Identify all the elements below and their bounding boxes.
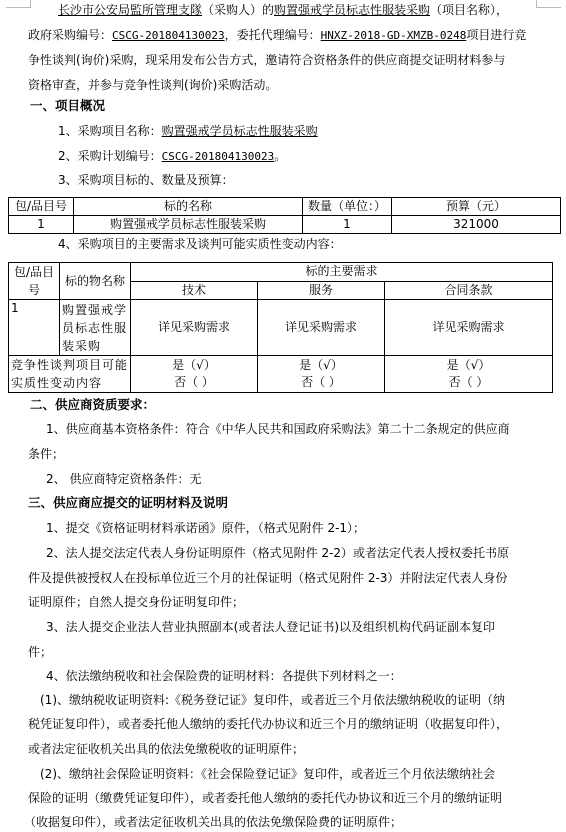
cell-contract-change: 是（√）否（ ） xyxy=(385,356,553,393)
intro-line-2: 政府采购编号：CSCG-201804130023，委托代理编号：HNXZ-201… xyxy=(28,27,526,44)
yes-checked: 是（√） xyxy=(260,357,382,374)
section-3-line: 保险的证明（缴费凭证复印件），或者委托他人缴纳的委托代办协议和近三个月的缴纳证明 xyxy=(28,790,502,806)
section-3-line: 件； xyxy=(28,644,52,660)
header-qty: 数量（单位：） xyxy=(303,198,392,216)
section-3-line: 件及提供被授权人在投标单位近三个月的社保证明（格式见附件 2-3）并附法定代表人… xyxy=(28,570,507,586)
section-2-item-2: 2、 供应商特定资格条件：无 xyxy=(46,471,201,487)
agent-no: HNXZ-2018-GD-XMZB-0248 xyxy=(321,29,467,42)
requirements-table: 包/品目号 标的物名称 标的主要需求 技术 服务 合同条款 1 购置强戒学员标志… xyxy=(8,262,553,393)
purchaser-role: （采购人）的 xyxy=(202,3,274,17)
table-row-changes: 竞争性谈判项目可能实质性变动内容 是（√）否（ ） 是（√）否（ ） 是（√）否… xyxy=(9,356,553,393)
cell-item-name: 购置强戒学员标志性服装采购 xyxy=(60,300,131,356)
header-main-req: 标的主要需求 xyxy=(131,263,553,282)
cell-change-label: 竞争性谈判项目可能实质性变动内容 xyxy=(9,356,131,393)
page-corner-mark-right xyxy=(536,0,561,8)
yes-checked: 是（√） xyxy=(387,357,550,374)
section-3-title: 三、供应商应提交的证明材料及说明 xyxy=(28,495,228,511)
yes-checked: 是（√） xyxy=(133,357,255,374)
section-1-item-1: 1、采购项目名称：购置强戒学员标志性服装采购 xyxy=(58,123,318,139)
section-3-line: 2、法人提交法定代表人身份证明原件（格式见附件 2-2）或者法定代表人授权委托书… xyxy=(46,545,509,561)
header-contract: 合同条款 xyxy=(385,281,553,300)
gov-no-label: 政府采购编号： xyxy=(28,28,112,42)
cell-tech-change: 是（√）否（ ） xyxy=(131,356,258,393)
section-1-item-3: 3、采购项目标的、数量及预算： xyxy=(58,172,234,188)
item-2-label: 2、采购计划编号： xyxy=(58,149,162,163)
section-2-item-1b: 条件； xyxy=(28,446,64,462)
cell-service-change: 是（√）否（ ） xyxy=(258,356,385,393)
cell-tech: 详见采购需求 xyxy=(131,300,258,356)
section-1-title: 一、项目概况 xyxy=(30,98,105,114)
cell-contract: 详见采购需求 xyxy=(385,300,553,356)
item-1-value: 购置强戒学员标志性服装采购 xyxy=(162,124,318,138)
header-name: 标的名称 xyxy=(74,198,303,216)
table-header-row: 包/品目号 标的物名称 标的主要需求 xyxy=(9,263,553,282)
cell-pkg: 1 xyxy=(9,216,74,234)
section-3-line: (1)、缴纳税收证明资料:《税务登记证》复印件，或者近三个月依法缴纳税收的证明（… xyxy=(40,692,505,708)
gov-procurement-no: CSCG-201804130023 xyxy=(112,29,225,42)
header-service: 服务 xyxy=(258,281,385,300)
item-2-value: CSCG-201804130023 xyxy=(162,150,275,163)
cell-name: 购置强戒学员标志性服装采购 xyxy=(74,216,303,234)
no-option: 否（ ） xyxy=(133,374,255,391)
header-item-name: 标的物名称 xyxy=(60,263,131,300)
intro-line-3: 争性谈判(询价)采购，现采用发布公告方式，邀请符合资格条件的供应商提交证明材料参… xyxy=(28,52,505,68)
section-1-item-4: 4、采购项目的主要需求及谈判可能实质性变动内容： xyxy=(58,236,342,252)
section-2-item-1a: 1、供应商基本资格条件：符合《中华人民共和国政府采购法》第二十二条规定的供应商 xyxy=(46,421,510,437)
cell-budget: 321000 xyxy=(392,216,561,234)
cell-service: 详见采购需求 xyxy=(258,300,385,356)
section-3-line: 1、提交《资格证明材料承诺函》原件，（格式见附件 2-1）； xyxy=(46,520,365,536)
section-3-line: 税凭证复印件），或者委托他人缴纳的委托代办协议和近三个月的缴纳证明（收据复印件）… xyxy=(28,716,508,732)
section-3-line: （收据复印件），或者法定征收机关出具的依法免缴保险费的证明原件； xyxy=(24,814,402,830)
intro-line-1: 长沙市公安局監所管理支隊（采购人）的购置强戒学员标志性服装采购（项目名称）， xyxy=(58,2,508,18)
no-option: 否（ ） xyxy=(387,374,550,391)
cell-pkg: 1 xyxy=(9,300,60,356)
item-2-suffix: 。 xyxy=(274,149,286,163)
intro-line-4: 资格审查，并参与竞争性谈判(询价)采购活动。 xyxy=(28,77,277,93)
header-pkg: 包/品目号 xyxy=(9,263,60,300)
header-budget: 预算（元） xyxy=(392,198,561,216)
section-2-title: 二、供应商资质要求： xyxy=(30,397,155,413)
table-header-row: 包/品目号 标的名称 数量（单位：） 预算（元） xyxy=(9,198,561,216)
cell-qty: 1 xyxy=(303,216,392,234)
budget-table: 包/品目号 标的名称 数量（单位：） 预算（元） 1 购置强戒学员标志性服装采购… xyxy=(8,197,561,234)
section-3-line: 证明原件；自然人提交身份证明复印件； xyxy=(28,594,244,610)
agent-no-label: ，委托代理编号： xyxy=(225,28,321,42)
section-3-line: 或者法定征收机关出具的依法免缴税收的证明原件； xyxy=(28,741,304,757)
section-1-item-2: 2、采购计划编号：CSCG-201804130023。 xyxy=(58,148,286,165)
section-3-line: 4、依法缴纳税收和社会保险费的证明材料：各提供下列材料之一： xyxy=(46,668,402,684)
no-option: 否（ ） xyxy=(260,374,382,391)
item-1-label: 1、采购项目名称： xyxy=(58,124,162,138)
section-3-line: 3、法人提交企业法人营业执照副本(或者法人登记证书)以及组织机构代码证副本复印 xyxy=(46,619,495,635)
header-pkg: 包/品目号 xyxy=(9,198,74,216)
intro-line-2-suffix: 项目进行竞 xyxy=(466,28,526,42)
table-row: 1 购置强戒学员标志性服装采购 详见采购需求 详见采购需求 详见采购需求 xyxy=(9,300,553,356)
section-3-line: (2)、缴纳社会保险证明资料：《社会保险登记证》复印件，或者近三个月依法缴纳社会 xyxy=(40,766,495,782)
project-name-link: 购置强戒学员标志性服装采购 xyxy=(274,3,430,17)
table-row: 1 购置强戒学员标志性服装采购 1 321000 xyxy=(9,216,561,234)
project-name-suffix: （项目名称）， xyxy=(430,3,508,17)
purchaser-name: 长沙市公安局監所管理支隊 xyxy=(58,3,202,17)
header-tech: 技术 xyxy=(131,281,258,300)
page-corner-mark-left xyxy=(6,0,31,8)
